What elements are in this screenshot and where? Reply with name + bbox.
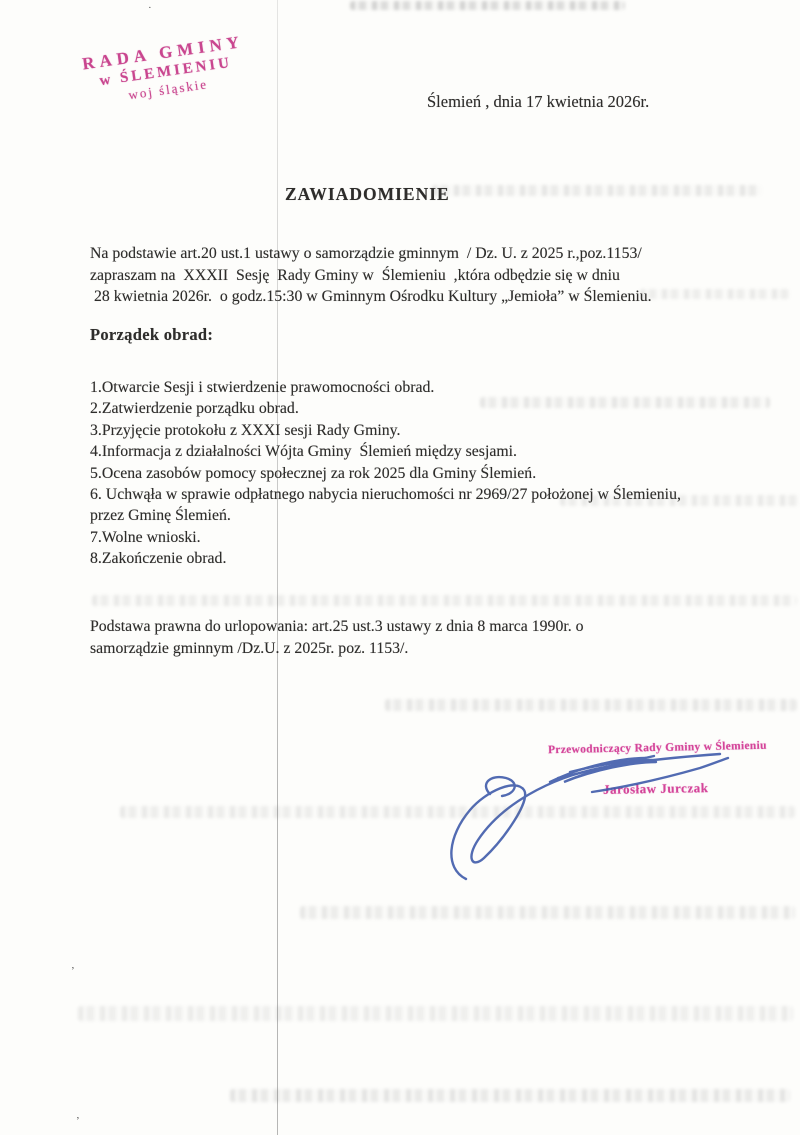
agenda-item: 4.Informacja z działalności Wójta Gminy … — [90, 441, 740, 462]
agenda-item: 3.Przyjęcie protokołu z XXXI sesji Rady … — [90, 420, 740, 441]
agenda-item: 8.Zakończenie obrad. — [90, 548, 740, 569]
council-header-stamp: RADA GMINY w ŚLEMIENIU woj śląskie — [55, 27, 276, 113]
bleed-through-band — [92, 595, 797, 606]
agenda-item-continuation: przez Gminę Ślemień. — [90, 505, 740, 526]
handwritten-signature-ink — [432, 730, 768, 882]
agenda-item: 2.Zatwierdzenie porządku obrad. — [90, 398, 740, 419]
agenda-heading: Porządek obrad: — [90, 325, 213, 345]
agenda-list: 1.Otwarcie Sesji i stwierdzenie prawomoc… — [90, 377, 740, 570]
intro-line: zapraszam na XXXII Sesję Rady Gminy w Śl… — [90, 265, 652, 287]
intro-line: 28 kwietnia 2026r. o godz.15:30 w Gminny… — [90, 286, 652, 308]
intro-paragraph: Na podstawie art.20 ust.1 ustawy o samor… — [90, 243, 652, 308]
intro-line: Na podstawie art.20 ust.1 ustawy o samor… — [90, 243, 652, 265]
bleed-through-band — [78, 1006, 793, 1021]
bleed-through-band — [230, 1089, 790, 1102]
scanned-document-page: RADA GMINY w ŚLEMIENIU woj śląskie Ślemi… — [0, 0, 800, 1135]
legal-line: Podstawa prawna do urlopowania: art.25 u… — [90, 616, 730, 638]
agenda-item: 1.Otwarcie Sesji i stwierdzenie prawomoc… — [90, 377, 740, 398]
bleed-through-band — [385, 699, 797, 711]
bleed-through-band — [640, 289, 790, 299]
page-title: ZAWIADOMIENIE — [285, 184, 450, 205]
agenda-item: 7.Wolne wnioski. — [90, 527, 740, 548]
ink-speck: · — [148, 2, 152, 14]
bleed-through-band — [300, 906, 795, 919]
bleed-through-band — [350, 1, 625, 10]
legal-line: samorządzie gminnym /Dz.U. z 2025r. poz.… — [90, 638, 730, 660]
bleed-through-band — [432, 185, 762, 196]
legal-basis-paragraph: Podstawa prawna do urlopowania: art.25 u… — [90, 616, 730, 660]
agenda-item: 5.Ocena zasobów pomocy społecznej za rok… — [90, 463, 740, 484]
date-line: Ślemień , dnia 17 kwietnia 2026r. — [427, 92, 649, 112]
agenda-item: 6. Uchwąła w sprawie odpłatnego nabycia … — [90, 484, 740, 505]
ink-speck: ’ — [76, 1115, 80, 1127]
ink-speck: ’ — [71, 965, 75, 977]
